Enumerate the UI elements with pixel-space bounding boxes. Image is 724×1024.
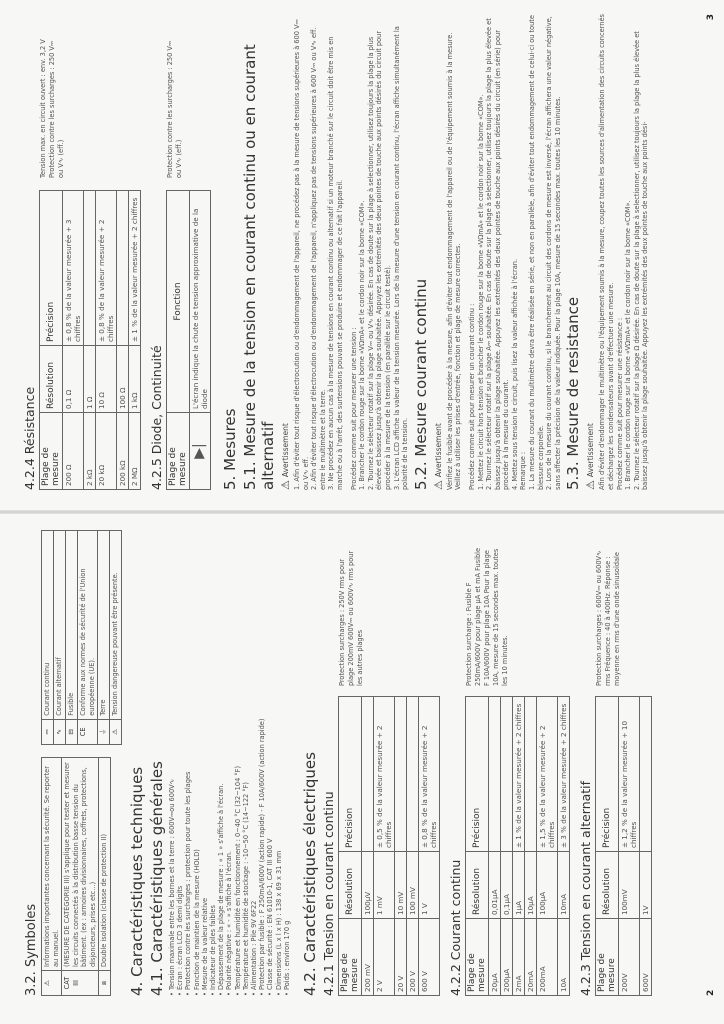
spec-item: Indicateur de piles faibles bbox=[209, 530, 217, 996]
cell-resolution: 100 mV bbox=[407, 852, 419, 919]
cell-resolution: 10 Ω bbox=[96, 346, 117, 413]
symbol-row: ⧈Double isolation (classe de protection … bbox=[99, 757, 111, 995]
symbols-legend-table: ⎓Courant continu∿Courant alternatif⊟Fusi… bbox=[41, 530, 122, 745]
cell-range: 200mA bbox=[537, 919, 558, 996]
resistance-table: Plage de mesureRésolutionPrécision200 Ω0… bbox=[39, 190, 141, 490]
diode-function-text: L'écran indique la chute de tension appr… bbox=[190, 191, 211, 413]
header-range: Plage de mesure bbox=[466, 919, 489, 996]
legend-icon: ∿ bbox=[54, 719, 66, 744]
warning-item: 1. Afin d'éviter tout risque d'électrocu… bbox=[293, 14, 310, 490]
procedure-step: 2. Tournez le sélecteur rotatif sur la p… bbox=[485, 14, 511, 490]
cell-range: 200 mV bbox=[362, 919, 374, 996]
cell-range: 2 kΩ bbox=[84, 413, 96, 490]
header-precision: Précision bbox=[596, 697, 619, 852]
table-row: 2mA1µA± 1 % de la valeur mesurée + 2 chi… bbox=[513, 697, 525, 996]
legend-row: ∿Courant alternatif bbox=[54, 531, 66, 745]
s52-title: 5.2. Mesure courant continu bbox=[412, 14, 430, 490]
cell-resolution: 100µV bbox=[362, 852, 374, 919]
cell-precision bbox=[501, 697, 513, 852]
cell-precision: ± 0,5 % de la valeur mesurée + 2 chiffre… bbox=[374, 697, 395, 852]
page-2: 3.2. Symboles ⚠Informations importantes … bbox=[0, 512, 724, 1024]
procedure-step: 1. La mesure du courant du multimètre de… bbox=[528, 14, 545, 490]
cell-range: 200 Ω bbox=[63, 413, 84, 490]
table-row: 200 V100 mV bbox=[407, 697, 419, 996]
electrical-title: 4.2. Caractéristiques électriques bbox=[301, 530, 319, 996]
s52-warning-text: Vérifiez le fusible avant de procéder à … bbox=[446, 14, 463, 490]
cell-precision: ± 1,2 % de la valeur mesurée + 10 chiffr… bbox=[619, 697, 640, 852]
legend-icon: ⚠ bbox=[110, 719, 122, 744]
header-range: Plage de mesure bbox=[40, 413, 63, 490]
cell-range: 200 V bbox=[407, 919, 419, 996]
symbol-text: Informations importantes concernant la s… bbox=[42, 757, 62, 970]
table-row: 2 kΩ1 Ω bbox=[84, 191, 96, 490]
warning-icon: ⚠ bbox=[279, 480, 292, 490]
procedure-step: Procédez comme suit pour mesurer un cour… bbox=[468, 14, 477, 490]
table-row: 20 kΩ10 Ω± 0,8 % de la valeur mesurée + … bbox=[96, 191, 117, 490]
table-row: 200V100mV± 1,2 % de la valeur mesurée + … bbox=[619, 697, 640, 996]
warning-icon: ⚠ bbox=[432, 480, 445, 490]
cell-resolution: 0,01µA bbox=[489, 852, 501, 919]
legend-text: Courant alternatif bbox=[54, 531, 66, 720]
spec-item: Alimentation : Pile 9V 6F22 bbox=[250, 530, 258, 996]
cell-precision bbox=[395, 697, 407, 852]
spec-item: Température et humidité de stockage : -1… bbox=[242, 530, 250, 996]
legend-icon: ⏚ bbox=[98, 719, 110, 744]
manual-spread: 3.2. Symboles ⚠Informations importantes … bbox=[0, 0, 724, 1024]
resistance-title: 4.2.4 Résistance bbox=[22, 14, 37, 490]
spec-item: Tension maximale entre les bornes et la … bbox=[168, 530, 176, 996]
dc-current-title: 4.2.2 Courant continu bbox=[448, 530, 463, 996]
spec-item: Écran : écran LCD 3 demi digits bbox=[176, 530, 184, 996]
table-row: 600 V1 V± 0,8 % de la valeur mesurée + 2… bbox=[419, 697, 440, 996]
legend-icon: ⎓ bbox=[42, 719, 54, 744]
cell-precision bbox=[407, 697, 419, 852]
table-row: 20 V10 mV bbox=[395, 697, 407, 996]
header-resolution: Résolution bbox=[596, 852, 619, 919]
table-row: 10A10mA± 3 % de la valeur mesurée + 2 ch… bbox=[558, 697, 570, 996]
s53-warning: ⚠Avertissement bbox=[584, 14, 597, 490]
cell-resolution: 1 kΩ bbox=[129, 346, 141, 413]
cell-precision bbox=[525, 697, 537, 852]
legend-row: ⎓Courant continu bbox=[42, 531, 54, 745]
cell-range: 600 V bbox=[419, 919, 440, 996]
cell-precision bbox=[640, 697, 652, 852]
procedure-step: 1. Brancher le cordon rouge sur la borne… bbox=[624, 14, 633, 490]
cell-precision: ± 1 % de la valeur mesurée + 2 chiffres bbox=[129, 191, 141, 346]
symbols-table: ⚠Informations importantes concernant la … bbox=[41, 757, 111, 996]
spec-item: Poids : environ 170 g bbox=[283, 530, 291, 996]
symbol-text: Double isolation (classe de protection I… bbox=[99, 757, 111, 970]
cell-range: 2 MΩ bbox=[129, 413, 141, 490]
resistance-note: Tension max. en circuit ouvert : env. 3,… bbox=[39, 38, 141, 178]
ac-voltage-table: Plage de mesureRésolutionPrécision200V10… bbox=[595, 696, 652, 996]
procedure-step: Procédez comme suit pour mesurer une ten… bbox=[350, 14, 359, 490]
cell-resolution: 0,1 Ω bbox=[63, 346, 84, 413]
table-row: 200 Ω0,1 Ω± 0,8 % de la valeur mesurée +… bbox=[63, 191, 84, 490]
measures-title: 5. Mesures bbox=[221, 14, 239, 490]
spec-item: Classe de sécurité : EN 61010-1, CAT III… bbox=[266, 530, 274, 996]
table-row: 200 mV100µV bbox=[362, 697, 374, 996]
table-row: 600V1V bbox=[640, 697, 652, 996]
header-resolution: Résolution bbox=[466, 852, 489, 919]
header-resolution: Résolution bbox=[40, 346, 63, 413]
legend-text: Courant continu bbox=[42, 531, 54, 720]
cell-range: 2mA bbox=[513, 919, 525, 996]
general-title: 4.1. Caractéristiques générales bbox=[148, 530, 166, 996]
cell-range: 2 V bbox=[374, 919, 395, 996]
legend-text: Conforme aux normes de sécurité de l'Uni… bbox=[78, 531, 98, 720]
cell-range: 200 kΩ bbox=[117, 413, 129, 490]
specs-list: Tension maximale entre les bornes et la … bbox=[168, 530, 291, 996]
s53-title: 5.3. Mesure de resistance bbox=[564, 14, 582, 490]
dc-current-note: Protection surcharge : Fusible F 250mA/6… bbox=[465, 546, 570, 686]
cell-range: 20 V bbox=[395, 919, 407, 996]
procedure-step: Remarque : bbox=[519, 14, 528, 490]
cell-resolution: 100mV bbox=[619, 852, 640, 919]
spec-item: Polarité négative : « - » s'affiche à l'… bbox=[225, 530, 233, 996]
cell-range: 20 kΩ bbox=[96, 413, 117, 490]
symbol-icon: CAT III bbox=[62, 971, 99, 996]
s51-warning: ⚠Avertissement bbox=[279, 14, 292, 490]
cell-range: 200µA bbox=[501, 919, 513, 996]
cell-range: 20µA bbox=[489, 919, 501, 996]
legend-row: CEConforme aux normes de sécurité de l'U… bbox=[78, 531, 98, 745]
cell-resolution: 100 Ω bbox=[117, 346, 129, 413]
diode-header-range: Plage de mesure bbox=[167, 413, 190, 490]
warning-item: 2. Afin d'éviter tout risque d'électrocu… bbox=[310, 14, 327, 490]
header-precision: Précision bbox=[466, 697, 489, 852]
legend-row: ⊟Fusible bbox=[66, 531, 78, 745]
spec-item: Mesure de la valeur relative bbox=[201, 530, 209, 996]
dc-voltage-table: Plage de mesureRésolutionPrécision200 mV… bbox=[338, 696, 440, 996]
diode-title: 4.2.5 Diode, Continuité bbox=[149, 14, 164, 490]
page-3: 4.2.4 Résistance Plage de mesureRésoluti… bbox=[0, 0, 724, 512]
legend-text: Terre bbox=[98, 531, 110, 720]
cell-precision: ± 0,8 % de la valeur mesurée + 2 chiffre… bbox=[96, 191, 117, 346]
header-resolution: Résolution bbox=[339, 852, 362, 919]
warning-item: 3. Ne procédez en aucun cas à la mesure … bbox=[327, 14, 344, 490]
table-row: 200µA0,1µA bbox=[501, 697, 513, 996]
s52-warning: ⚠Avertissement bbox=[432, 14, 445, 490]
diode-header-function: Fonction bbox=[167, 191, 190, 413]
procedure-step: 2. Tournez le sélecteur rotatif sur la p… bbox=[367, 14, 393, 490]
cell-resolution: 1 V bbox=[419, 852, 440, 919]
cell-range: 200V bbox=[619, 919, 640, 996]
table-row: 20µA0,01µA bbox=[489, 697, 501, 996]
cell-resolution: 10µA bbox=[525, 852, 537, 919]
diode-note: Protection contre les surcharges : 250 V… bbox=[166, 38, 211, 178]
cell-precision: ± 1,5 % de la valeur mesurée + 2 chiffre… bbox=[537, 697, 558, 852]
cell-precision bbox=[84, 191, 96, 346]
header-range: Plage de mesure bbox=[339, 919, 362, 996]
table-row: 20mA10µA bbox=[525, 697, 537, 996]
cell-precision bbox=[117, 191, 129, 346]
diode-icon: ▶| bbox=[190, 413, 211, 490]
legend-row: ⏚Terre bbox=[98, 531, 110, 745]
table-row: 2 V1 mV± 0,5 % de la valeur mesurée + 2 … bbox=[374, 697, 395, 996]
procedure-step: 4. Mettez sous tension le circuit, puis … bbox=[511, 14, 520, 490]
symbols-title: 3.2. Symboles bbox=[24, 530, 39, 996]
symbol-icon: ⧈ bbox=[99, 971, 111, 996]
cell-precision: ± 3 % de la valeur mesurée + 2 chiffres bbox=[558, 697, 570, 852]
spec-item: Dépassement de la plage de mesure : « 1 … bbox=[217, 530, 225, 996]
page-number-3: 3 bbox=[706, 14, 716, 20]
cell-range: 600V bbox=[640, 919, 652, 996]
cell-resolution: 10mA bbox=[558, 852, 570, 919]
header-precision: Précision bbox=[339, 697, 362, 852]
dc-current-table: Plage de mesureRésolutionPrécision20µA0,… bbox=[465, 696, 570, 996]
legend-row: ⚠Tension dangereuse pouvant être présent… bbox=[110, 531, 122, 745]
cell-resolution: 1µA bbox=[513, 852, 525, 919]
ac-voltage-note: Protection surcharges : 600V⎓ ou 600V∿ r… bbox=[595, 546, 652, 686]
procedure-step: 3. L'écran LCD affiche la valeur de la t… bbox=[393, 14, 410, 490]
cell-resolution: 1 Ω bbox=[84, 346, 96, 413]
legend-icon: ⊟ bbox=[66, 719, 78, 744]
table-row: 200 kΩ100 Ω bbox=[117, 191, 129, 490]
legend-text: Tension dangereuse pouvant être présente… bbox=[110, 531, 122, 720]
symbol-row: ⚠Informations importantes concernant la … bbox=[42, 757, 62, 995]
s51-title: 5.1. Mesure de la tension en courant con… bbox=[241, 14, 277, 490]
table-row: 200mA100µA± 1,5 % de la valeur mesurée +… bbox=[537, 697, 558, 996]
warning-icon: ⚠ bbox=[584, 480, 597, 490]
spec-item: Fonction de maintien de la mesure (HOLD) bbox=[193, 530, 201, 996]
header-precision: Précision bbox=[40, 191, 63, 346]
header-range: Plage de mesure bbox=[596, 919, 619, 996]
cell-resolution: 0,1µA bbox=[501, 852, 513, 919]
s53-warning-text: Afin d'éviter d'endommager le multimètre… bbox=[598, 14, 615, 490]
procedure-step: Procédez comme suit pour mesurer une rés… bbox=[616, 14, 625, 490]
procedure-step: 1. Mettez le circuit hors tension et bra… bbox=[477, 14, 486, 490]
spec-item: Température et humidité en fonctionnemen… bbox=[234, 530, 242, 996]
procedure-step: 2. Lors de la mesure du courant continu,… bbox=[545, 14, 562, 490]
table-row: 2 MΩ1 kΩ± 1 % de la valeur mesurée + 2 c… bbox=[129, 191, 141, 490]
cell-resolution: 100µA bbox=[537, 852, 558, 919]
legend-text: Fusible bbox=[66, 531, 78, 720]
dc-voltage-note: Protection surcharges : 250V rms pour pl… bbox=[338, 546, 440, 686]
cell-range: 10A bbox=[558, 919, 570, 996]
cell-resolution: 1 mV bbox=[374, 852, 395, 919]
cell-precision: ± 0,8 % de la valeur mesurée + 2 chiffre… bbox=[419, 697, 440, 852]
cell-precision: ± 0,8 % de la valeur mesurée + 3 chiffre… bbox=[63, 191, 84, 346]
cell-resolution: 1V bbox=[640, 852, 652, 919]
dc-voltage-title: 4.2.1 Tension en courant continu bbox=[321, 530, 336, 996]
legend-icon: CE bbox=[78, 719, 98, 744]
diode-table: Plage de mesure Fonction ▶| L'écran indi… bbox=[166, 190, 211, 490]
cell-precision bbox=[489, 697, 501, 852]
cell-precision: ± 1 % de la valeur mesurée + 2 chiffres bbox=[513, 697, 525, 852]
symbol-text: (MESURE DE CATÉGORIE III) s'applique pou… bbox=[62, 757, 99, 970]
symbol-row: CAT III(MESURE DE CATÉGORIE III) s'appli… bbox=[62, 757, 99, 995]
cell-precision bbox=[362, 697, 374, 852]
cell-resolution: 10 mV bbox=[395, 852, 407, 919]
spec-item: Protection par fusible : F 250mA/600V (a… bbox=[258, 530, 266, 996]
spec-item: Dimensions (L x l x H) : 138 x 69 x 31 m… bbox=[275, 530, 283, 996]
page-number-2: 2 bbox=[706, 990, 716, 996]
symbol-icon: ⚠ bbox=[42, 971, 62, 996]
tech-title: 4. Caractéristiques techniques bbox=[128, 530, 146, 996]
procedure-step: 1. Brancher le cordon rouge sur la borne… bbox=[358, 14, 367, 490]
procedure-step: 2. Tournez le sélecteur rotatif sur la p… bbox=[633, 14, 650, 490]
spec-item: Protection contre les surcharges : prote… bbox=[184, 530, 192, 996]
cell-range: 20mA bbox=[525, 919, 537, 996]
ac-voltage-title: 4.2.3 Tension en courant alternatif bbox=[578, 530, 593, 996]
